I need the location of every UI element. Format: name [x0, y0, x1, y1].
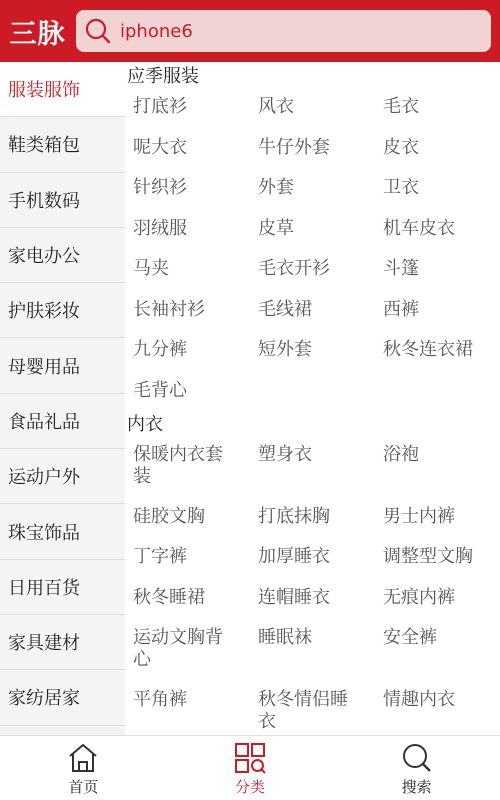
subcategory-item[interactable]: 牛仔外套: [258, 133, 383, 174]
subcategory-item[interactable]: 外套: [258, 173, 383, 214]
subcategory-item[interactable]: 丁字裤: [133, 542, 258, 583]
nav-category-label: 分类: [235, 776, 265, 797]
subcategory-item[interactable]: 皮衣: [383, 133, 500, 174]
subcategory-item[interactable]: 呢大衣: [133, 133, 258, 174]
sidebar-item-mother-baby[interactable]: 母婴用品: [0, 338, 125, 393]
category-icon: [233, 742, 267, 774]
sidebar-item-skincare-makeup[interactable]: 护肤彩妆: [0, 283, 125, 338]
subcategory-item[interactable]: 秋冬连衣裙: [383, 335, 500, 376]
nav-search-label: 搜索: [402, 776, 432, 797]
sidebar-item-shoes-bags[interactable]: 鞋类箱包: [0, 117, 125, 172]
subcategory-item[interactable]: 运动文胸背心: [133, 623, 258, 685]
subcategory-item[interactable]: 斗篷: [383, 254, 500, 295]
subcategory-item[interactable]: 毛衣开衫: [258, 254, 383, 295]
subcategory-item[interactable]: 九分裤: [133, 335, 258, 376]
sidebar-item-home-textiles[interactable]: 家纺居家: [0, 670, 125, 725]
home-icon: [66, 742, 100, 774]
subcategory-item[interactable]: 连帽睡衣: [258, 583, 383, 624]
search-value: iphone6: [120, 21, 193, 42]
subcategory-item[interactable]: 羽绒服: [133, 214, 258, 255]
category-sidebar: 服装服饰 鞋类箱包 手机数码 家电办公 护肤彩妆 母婴用品 食品礼品 运动户外 …: [0, 62, 125, 735]
sidebar-item-appliances-office[interactable]: 家电办公: [0, 228, 125, 283]
nav-search[interactable]: 搜索: [333, 736, 500, 800]
subcategory-item[interactable]: 塑身衣: [258, 440, 383, 502]
subcategory-item[interactable]: 睡眠袜: [258, 623, 383, 685]
app: 三脉 iphone6 服装服饰 鞋类箱包 手机数码 家电办公 护肤彩妆 母婴用品…: [0, 0, 500, 800]
nav-home-label: 首页: [68, 776, 98, 797]
subcategory-item[interactable]: 毛线裙: [258, 295, 383, 336]
search-icon: [84, 17, 112, 45]
sidebar-item-phones-digital[interactable]: 手机数码: [0, 173, 125, 228]
subcategory-item[interactable]: 男士内裤: [383, 502, 500, 543]
header: 三脉 iphone6: [0, 0, 500, 62]
subcategory-item[interactable]: 秋冬情侣睡衣: [258, 685, 383, 733]
subcategory-item[interactable]: 打底抹胸: [258, 502, 383, 543]
subcategory-item[interactable]: 皮草: [258, 214, 383, 255]
sidebar-item-food-gifts[interactable]: 食品礼品: [0, 394, 125, 449]
subcategory-item[interactable]: 马夹: [133, 254, 258, 295]
sidebar-item-daily-goods[interactable]: 日用百货: [0, 560, 125, 615]
sidebar-item-sports-outdoor[interactable]: 运动户外: [0, 449, 125, 504]
subcategory-item[interactable]: 机车皮衣: [383, 214, 500, 255]
subcategory-item[interactable]: 打底衫: [133, 92, 258, 133]
subcategory-grid: 打底衫 风衣 毛衣 呢大衣 牛仔外套 皮衣 针织衫 外套 卫衣 羽绒服 皮草 机…: [125, 92, 500, 410]
subcategory-grid: 保暖内衣套装 塑身衣 浴袍 硅胶文胸 打底抹胸 男士内裤 丁字裤 加厚睡衣 调整…: [125, 440, 500, 734]
section-title: 应季服装: [125, 62, 500, 92]
subcategory-item[interactable]: 风衣: [258, 92, 383, 133]
subcategory-item[interactable]: 硅胶文胸: [133, 502, 258, 543]
subcategory-item[interactable]: 针织衫: [133, 173, 258, 214]
subcategory-item[interactable]: 毛背心: [133, 376, 258, 410]
subcategory-item[interactable]: 长袖衬衫: [133, 295, 258, 336]
subcategory-panel: 应季服装 打底衫 风衣 毛衣 呢大衣 牛仔外套 皮衣 针织衫 外套 卫衣 羽绒服…: [125, 62, 500, 735]
subcategory-item[interactable]: 毛衣: [383, 92, 500, 133]
subcategory-item[interactable]: 安全裤: [383, 623, 500, 685]
sidebar-item-jewelry[interactable]: 珠宝饰品: [0, 504, 125, 559]
subcategory-item[interactable]: 西裤: [383, 295, 500, 336]
section-title: 内衣: [125, 410, 500, 440]
subcategory-item[interactable]: 无痕内裤: [383, 583, 500, 624]
subcategory-item[interactable]: 保暖内衣套装: [133, 440, 258, 502]
subcategory-item[interactable]: 秋冬睡裙: [133, 583, 258, 624]
subcategory-item[interactable]: 调整型文胸: [383, 542, 500, 583]
sidebar-item-furniture-building[interactable]: 家具建材: [0, 615, 125, 670]
subcategory-item[interactable]: 浴袍: [383, 440, 500, 502]
sidebar-item-clothing[interactable]: 服装服饰: [0, 62, 125, 117]
logo[interactable]: 三脉: [0, 12, 75, 51]
subcategory-item[interactable]: 短外套: [258, 335, 383, 376]
search-input[interactable]: iphone6: [76, 10, 491, 52]
subcategory-item[interactable]: 卫衣: [383, 173, 500, 214]
subcategory-item[interactable]: 加厚睡衣: [258, 542, 383, 583]
bottom-nav: 首页 分类 搜索: [0, 735, 500, 800]
subcategory-item[interactable]: 情趣内衣: [383, 685, 500, 733]
nav-category[interactable]: 分类: [167, 736, 334, 800]
subcategory-item[interactable]: 平角裤: [133, 685, 258, 733]
search-icon: [400, 742, 434, 774]
nav-home[interactable]: 首页: [0, 736, 167, 800]
